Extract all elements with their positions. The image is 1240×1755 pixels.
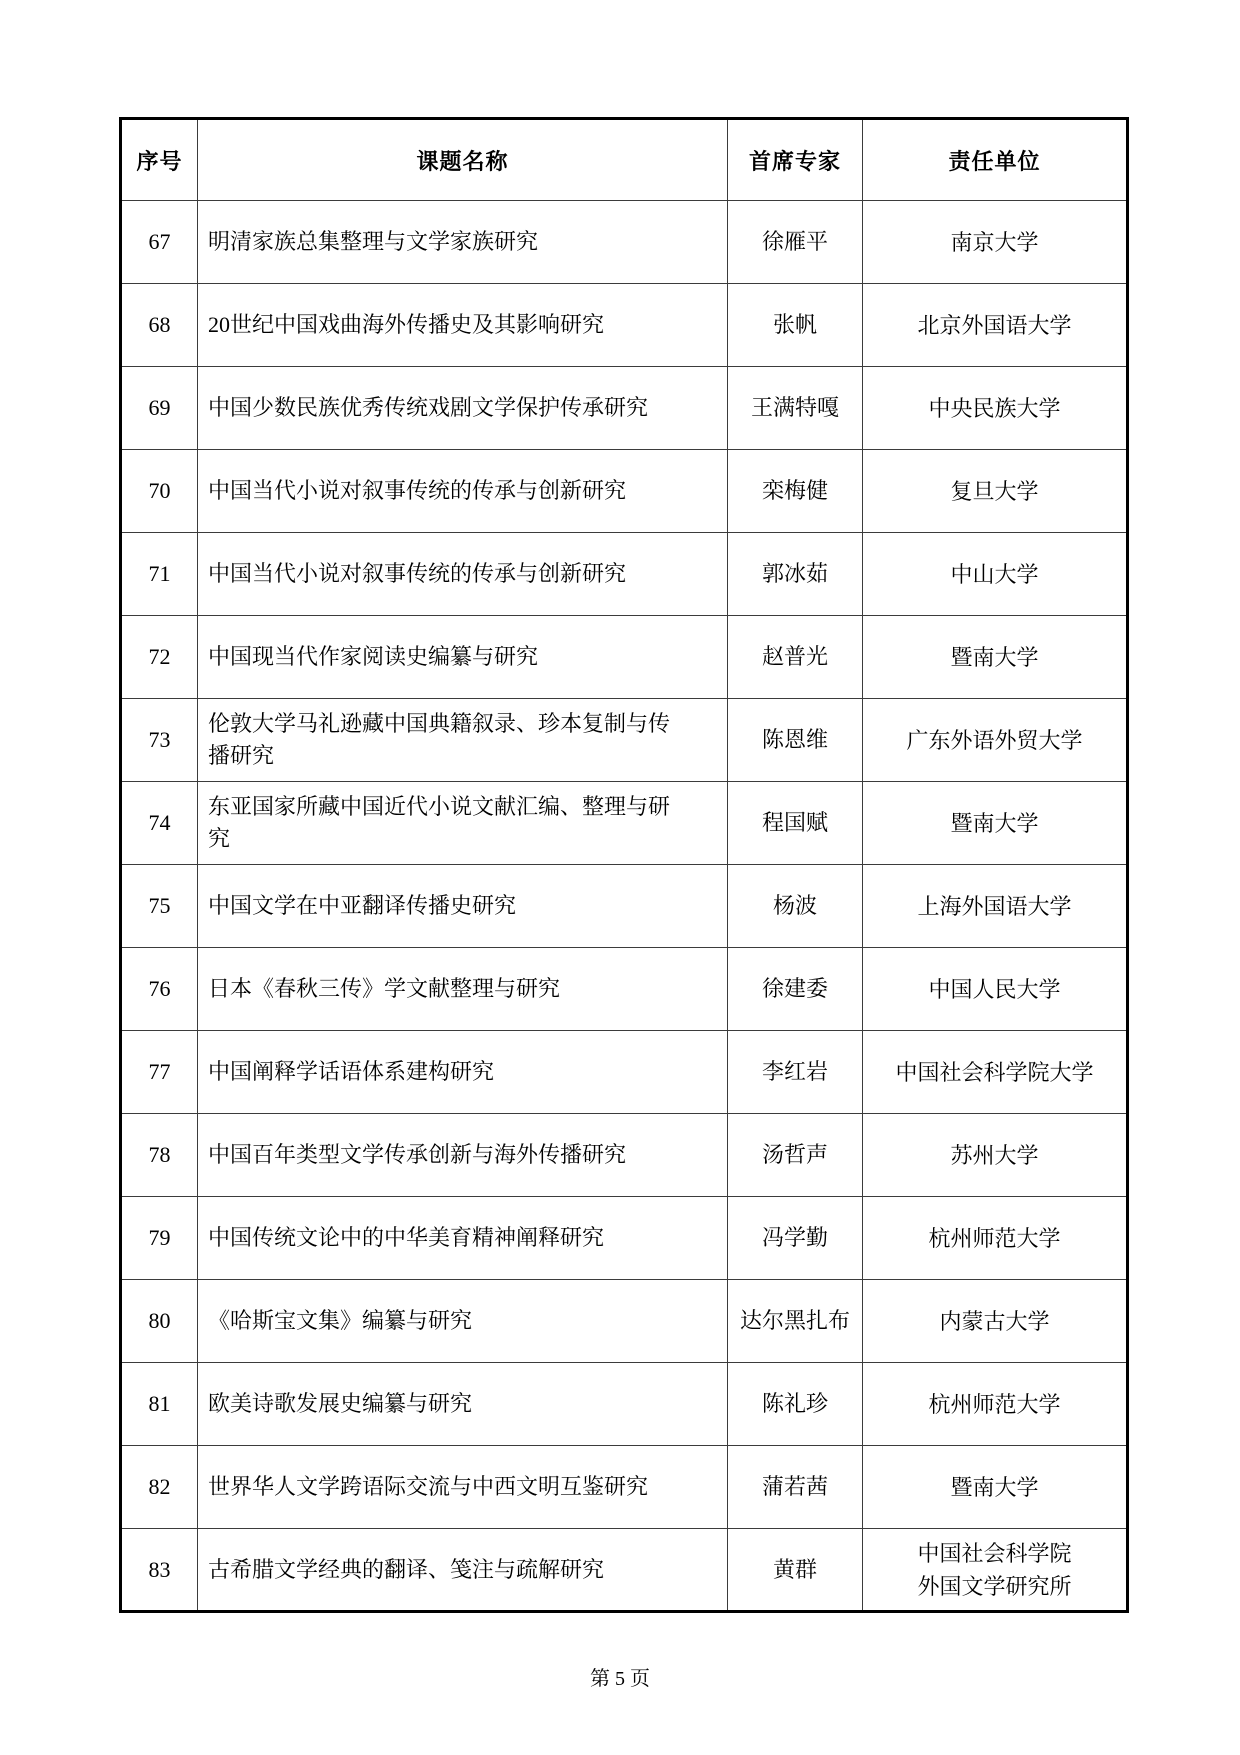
cell-chief-expert: 张帆 (728, 284, 863, 367)
cell-project-title: 明清家族总集整理与文学家族研究 (198, 201, 728, 284)
cell-project-title: 中国传统文论中的中华美育精神阐释研究 (198, 1197, 728, 1280)
cell-chief-expert: 冯学勤 (728, 1197, 863, 1280)
cell-chief-expert: 赵普光 (728, 616, 863, 699)
cell-responsible-unit: 中国社会科学院大学 (863, 1031, 1128, 1114)
table-row: 83 古希腊文学经典的翻译、笺注与疏解研究 黄群 中国社会科学院 外国文学研究所 (121, 1529, 1128, 1612)
cell-responsible-unit: 暨南大学 (863, 1446, 1128, 1529)
cell-responsible-unit: 中国人民大学 (863, 948, 1128, 1031)
table-row: 69 中国少数民族优秀传统戏剧文学保护传承研究 王满特嘎 中央民族大学 (121, 367, 1128, 450)
cell-project-title: 中国文学在中亚翻译传播史研究 (198, 865, 728, 948)
cell-serial-number: 67 (121, 201, 198, 284)
cell-responsible-unit: 中央民族大学 (863, 367, 1128, 450)
table-row: 74 东亚国家所藏中国近代小说文献汇编、整理与研究 程国赋 暨南大学 (121, 782, 1128, 865)
cell-project-title: 中国当代小说对叙事传统的传承与创新研究 (198, 533, 728, 616)
projects-table: 序号 课题名称 首席专家 责任单位 67 明清家族总集整理与文学家族研究 徐雁平… (119, 117, 1129, 1613)
cell-project-title: 中国当代小说对叙事传统的传承与创新研究 (198, 450, 728, 533)
cell-responsible-unit: 中山大学 (863, 533, 1128, 616)
cell-responsible-unit: 南京大学 (863, 201, 1128, 284)
table-row: 75 中国文学在中亚翻译传播史研究 杨波 上海外国语大学 (121, 865, 1128, 948)
cell-chief-expert: 徐建委 (728, 948, 863, 1031)
cell-responsible-unit: 广东外语外贸大学 (863, 699, 1128, 782)
cell-project-title: 20世纪中国戏曲海外传播史及其影响研究 (198, 284, 728, 367)
cell-chief-expert: 杨波 (728, 865, 863, 948)
header-responsible-unit: 责任单位 (863, 119, 1128, 201)
cell-responsible-unit: 复旦大学 (863, 450, 1128, 533)
table-row: 79 中国传统文论中的中华美育精神阐释研究 冯学勤 杭州师范大学 (121, 1197, 1128, 1280)
cell-serial-number: 83 (121, 1529, 198, 1612)
cell-project-title: 东亚国家所藏中国近代小说文献汇编、整理与研究 (198, 782, 728, 865)
cell-chief-expert: 李红岩 (728, 1031, 863, 1114)
cell-serial-number: 78 (121, 1114, 198, 1197)
cell-project-title: 古希腊文学经典的翻译、笺注与疏解研究 (198, 1529, 728, 1612)
cell-serial-number: 74 (121, 782, 198, 865)
cell-chief-expert: 陈礼珍 (728, 1363, 863, 1446)
cell-responsible-unit: 杭州师范大学 (863, 1197, 1128, 1280)
header-project-title: 课题名称 (198, 119, 728, 201)
table-row: 82 世界华人文学跨语际交流与中西文明互鉴研究 蒲若茜 暨南大学 (121, 1446, 1128, 1529)
cell-project-title: 伦敦大学马礼逊藏中国典籍叙录、珍本复制与传播研究 (198, 699, 728, 782)
cell-serial-number: 79 (121, 1197, 198, 1280)
cell-chief-expert: 程国赋 (728, 782, 863, 865)
header-chief-expert: 首席专家 (728, 119, 863, 201)
document-page: 序号 课题名称 首席专家 责任单位 67 明清家族总集整理与文学家族研究 徐雁平… (0, 117, 1240, 1691)
cell-chief-expert: 陈恩维 (728, 699, 863, 782)
cell-project-title: 中国阐释学话语体系建构研究 (198, 1031, 728, 1114)
cell-project-title: 日本《春秋三传》学文献整理与研究 (198, 948, 728, 1031)
cell-chief-expert: 汤哲声 (728, 1114, 863, 1197)
cell-project-title: 世界华人文学跨语际交流与中西文明互鉴研究 (198, 1446, 728, 1529)
cell-chief-expert: 郭冰茹 (728, 533, 863, 616)
table-row: 71 中国当代小说对叙事传统的传承与创新研究 郭冰茹 中山大学 (121, 533, 1128, 616)
cell-responsible-unit: 暨南大学 (863, 782, 1128, 865)
cell-serial-number: 70 (121, 450, 198, 533)
cell-serial-number: 71 (121, 533, 198, 616)
table-row: 70 中国当代小说对叙事传统的传承与创新研究 栾梅健 复旦大学 (121, 450, 1128, 533)
cell-responsible-unit: 暨南大学 (863, 616, 1128, 699)
cell-chief-expert: 栾梅健 (728, 450, 863, 533)
table-row: 68 20世纪中国戏曲海外传播史及其影响研究 张帆 北京外国语大学 (121, 284, 1128, 367)
cell-responsible-unit: 苏州大学 (863, 1114, 1128, 1197)
cell-serial-number: 80 (121, 1280, 198, 1363)
table-row: 78 中国百年类型文学传承创新与海外传播研究 汤哲声 苏州大学 (121, 1114, 1128, 1197)
table-row: 76 日本《春秋三传》学文献整理与研究 徐建委 中国人民大学 (121, 948, 1128, 1031)
cell-project-title: 《哈斯宝文集》编纂与研究 (198, 1280, 728, 1363)
cell-responsible-unit: 杭州师范大学 (863, 1363, 1128, 1446)
cell-chief-expert: 王满特嘎 (728, 367, 863, 450)
cell-project-title: 中国百年类型文学传承创新与海外传播研究 (198, 1114, 728, 1197)
cell-chief-expert: 徐雁平 (728, 201, 863, 284)
cell-responsible-unit: 上海外国语大学 (863, 865, 1128, 948)
header-serial-number: 序号 (121, 119, 198, 201)
table-row: 80 《哈斯宝文集》编纂与研究 达尔黑扎布 内蒙古大学 (121, 1280, 1128, 1363)
cell-serial-number: 82 (121, 1446, 198, 1529)
cell-serial-number: 68 (121, 284, 198, 367)
cell-chief-expert: 蒲若茜 (728, 1446, 863, 1529)
table-row: 72 中国现当代作家阅读史编纂与研究 赵普光 暨南大学 (121, 616, 1128, 699)
page-number: 第 5 页 (0, 1662, 1240, 1691)
cell-serial-number: 72 (121, 616, 198, 699)
table-row: 67 明清家族总集整理与文学家族研究 徐雁平 南京大学 (121, 201, 1128, 284)
cell-serial-number: 69 (121, 367, 198, 450)
cell-serial-number: 75 (121, 865, 198, 948)
table-row: 81 欧美诗歌发展史编纂与研究 陈礼珍 杭州师范大学 (121, 1363, 1128, 1446)
cell-chief-expert: 达尔黑扎布 (728, 1280, 863, 1363)
cell-responsible-unit: 中国社会科学院 外国文学研究所 (863, 1529, 1128, 1612)
cell-project-title: 中国少数民族优秀传统戏剧文学保护传承研究 (198, 367, 728, 450)
table-row: 77 中国阐释学话语体系建构研究 李红岩 中国社会科学院大学 (121, 1031, 1128, 1114)
cell-serial-number: 81 (121, 1363, 198, 1446)
cell-chief-expert: 黄群 (728, 1529, 863, 1612)
cell-serial-number: 73 (121, 699, 198, 782)
cell-responsible-unit: 北京外国语大学 (863, 284, 1128, 367)
cell-serial-number: 77 (121, 1031, 198, 1114)
cell-project-title: 中国现当代作家阅读史编纂与研究 (198, 616, 728, 699)
cell-project-title: 欧美诗歌发展史编纂与研究 (198, 1363, 728, 1446)
table-body: 67 明清家族总集整理与文学家族研究 徐雁平 南京大学 68 20世纪中国戏曲海… (121, 201, 1128, 1612)
cell-serial-number: 76 (121, 948, 198, 1031)
table-header-row: 序号 课题名称 首席专家 责任单位 (121, 119, 1128, 201)
cell-responsible-unit: 内蒙古大学 (863, 1280, 1128, 1363)
table-row: 73 伦敦大学马礼逊藏中国典籍叙录、珍本复制与传播研究 陈恩维 广东外语外贸大学 (121, 699, 1128, 782)
